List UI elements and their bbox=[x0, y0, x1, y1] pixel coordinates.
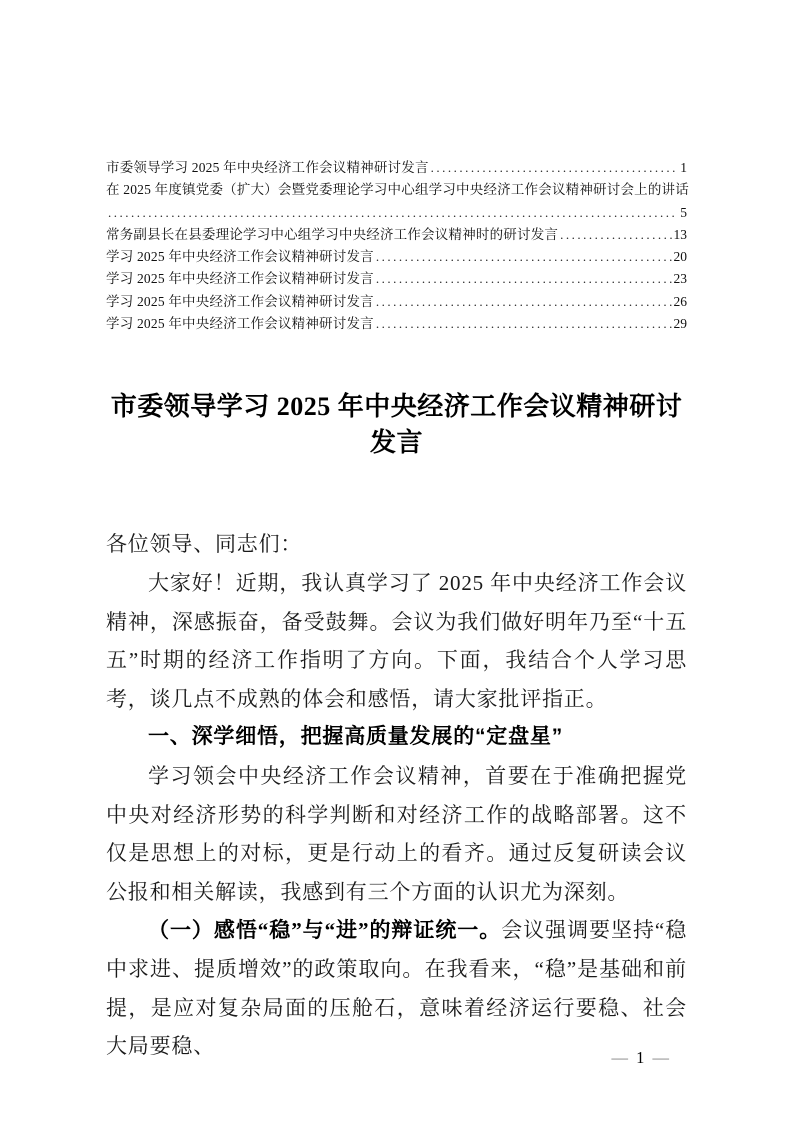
page-content: 市委领导学习 2025 年中央经济工作会议精神研讨发言 1 在 2025 年度镇… bbox=[106, 0, 687, 1066]
toc-leader-dots bbox=[560, 224, 671, 246]
footer-dash-left: — bbox=[612, 1048, 631, 1067]
toc-leader-dots bbox=[376, 246, 672, 268]
toc-page-number: 1 bbox=[680, 157, 687, 179]
toc-entry[interactable]: 市委领导学习 2025 年中央经济工作会议精神研讨发言 1 bbox=[106, 157, 687, 179]
toc-entry-title: 学习 2025 年中央经济工作会议精神研讨发言 bbox=[106, 291, 374, 313]
document-body: 各位领导、同志们： 大家好！近期，我认真学习了 2025 年中央经济工作会议精神… bbox=[106, 525, 687, 1065]
toc-entry[interactable]: 学习 2025 年中央经济工作会议精神研讨发言 26 bbox=[106, 291, 687, 313]
toc-leader-dots bbox=[376, 313, 672, 335]
page-number-footer: — 1 — bbox=[612, 1048, 672, 1068]
paragraph: 学习领会中央经济工作会议精神，首要在于准确把握党中央对经济形势的科学判断和对经济… bbox=[106, 757, 687, 911]
toc-entry-title: 学习 2025 年中央经济工作会议精神研讨发言 bbox=[106, 268, 374, 290]
table-of-contents: 市委领导学习 2025 年中央经济工作会议精神研讨发言 1 在 2025 年度镇… bbox=[106, 157, 687, 335]
paragraph-lead: （一）感悟“稳”与“进”的辩证统一。 bbox=[148, 918, 501, 942]
toc-entry-title: 常务副县长在县委理论学习中心组学习中央经济工作会议精神时的研讨发言 bbox=[106, 224, 558, 246]
toc-leader-dots bbox=[376, 268, 672, 290]
document-page: 市委领导学习 2025 年中央经济工作会议精神研讨发言 1 在 2025 年度镇… bbox=[0, 0, 793, 1122]
toc-entry-title: 在 2025 年度镇党委（扩大）会暨党委理论学习中心组学习中央经济工作会议精神研… bbox=[106, 179, 689, 201]
toc-page-number: 29 bbox=[674, 313, 688, 335]
footer-page-number: 1 bbox=[636, 1048, 646, 1067]
toc-entry[interactable]: 在 2025 年度镇党委（扩大）会暨党委理论学习中心组学习中央经济工作会议精神研… bbox=[106, 179, 687, 224]
toc-entry[interactable]: 学习 2025 年中央经济工作会议精神研讨发言 20 bbox=[106, 246, 687, 268]
toc-entry-title: 学习 2025 年中央经济工作会议精神研讨发言 bbox=[106, 246, 374, 268]
toc-leader-dots bbox=[431, 157, 679, 179]
toc-entry-title: 市委领导学习 2025 年中央经济工作会议精神研讨发言 bbox=[106, 157, 429, 179]
paragraph: 大家好！近期，我认真学习了 2025 年中央经济工作会议精神，深感振奋，备受鼓舞… bbox=[106, 564, 687, 718]
toc-page-number: 5 bbox=[680, 202, 687, 224]
toc-entry[interactable]: 常务副县长在县委理论学习中心组学习中央经济工作会议精神时的研讨发言 13 bbox=[106, 224, 687, 246]
toc-page-number: 20 bbox=[674, 246, 688, 268]
toc-page-number: 23 bbox=[674, 268, 688, 290]
toc-entry-title: 学习 2025 年中央经济工作会议精神研讨发言 bbox=[106, 313, 374, 335]
salutation: 各位领导、同志们： bbox=[106, 525, 687, 564]
toc-page-number: 13 bbox=[674, 224, 688, 246]
paragraph: （一）感悟“稳”与“进”的辩证统一。会议强调要坚持“稳中求进、提质增效”的政策取… bbox=[106, 911, 687, 1065]
footer-dash-right: — bbox=[653, 1048, 672, 1067]
toc-entry[interactable]: 学习 2025 年中央经济工作会议精神研讨发言 29 bbox=[106, 313, 687, 335]
toc-page-number: 26 bbox=[674, 291, 688, 313]
toc-entry[interactable]: 学习 2025 年中央经济工作会议精神研讨发言 23 bbox=[106, 268, 687, 290]
section-heading-1: 一、深学细悟，把握高质量发展的“定盘星” bbox=[106, 718, 687, 757]
toc-leader-dots bbox=[108, 202, 678, 224]
toc-leader-dots bbox=[376, 291, 672, 313]
document-title: 市委领导学习 2025 年中央经济工作会议精神研讨发言 bbox=[106, 389, 687, 461]
